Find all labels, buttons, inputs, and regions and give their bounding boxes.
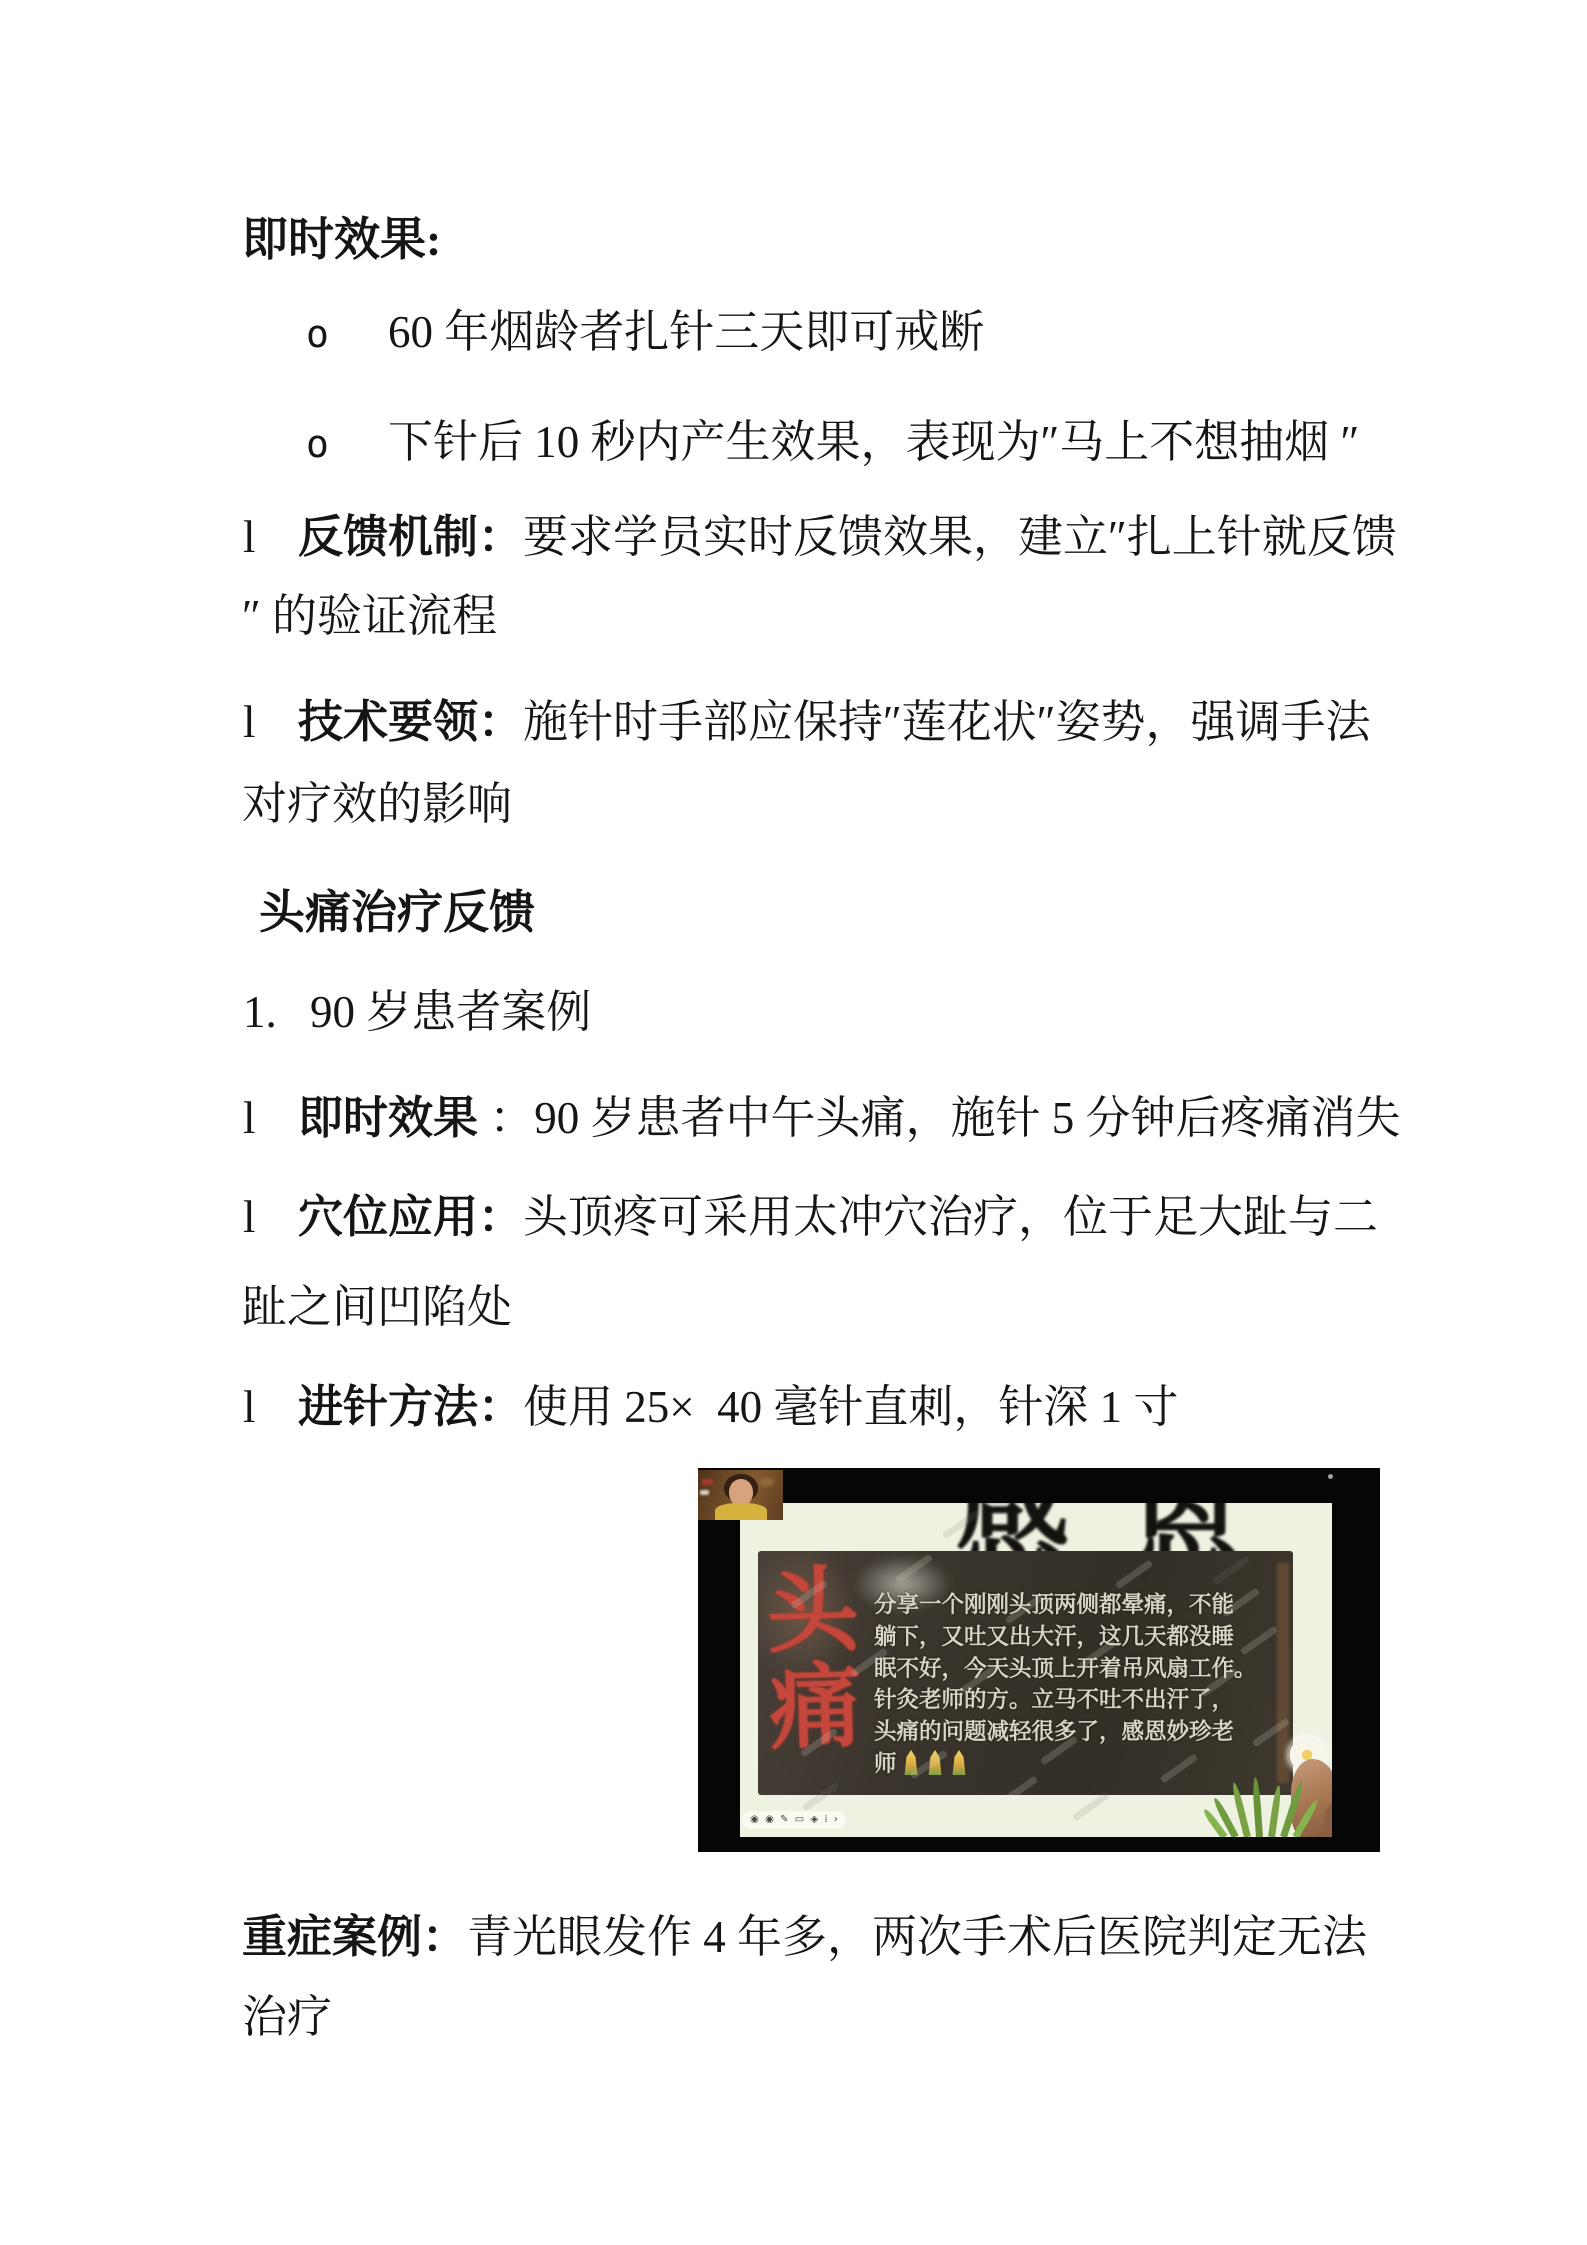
calligraphy-clip: 感恩 xyxy=(955,1503,1300,1552)
bullet-marker: l xyxy=(243,1193,298,1242)
toolbar-icon: ◉ xyxy=(750,1815,759,1825)
vertical-title-text: 头痛 xyxy=(766,1564,871,1758)
line-text: 头顶疼可采用太冲穴治疗，位于足大趾与二 xyxy=(523,1192,1378,1242)
line-text: 治疗 xyxy=(242,1992,332,2042)
toolbar-icon: ▭ xyxy=(795,1815,804,1825)
bullet-marker: l xyxy=(243,1383,298,1432)
doc-line: l反馈机制：要求学员实时反馈效果，建立″扎上针就反馈 xyxy=(243,513,1397,562)
shelf-item xyxy=(760,1478,774,1486)
praying-hands-emoji xyxy=(950,1750,969,1775)
bullet-marker: l xyxy=(243,1094,298,1143)
line-label: 进针方法： xyxy=(298,1382,523,1432)
presentation-slide: 感恩 头痛 分享一个刚刚头顶两侧都晕痛，不能躺下，又吐又出大汗，这几天都没睡眠不… xyxy=(740,1503,1332,1837)
line-text: 要求学员实时反馈效果，建立″扎上针就反馈 xyxy=(523,512,1397,562)
line-label: 穴位应用： xyxy=(298,1192,523,1242)
line-text: 施针时手部应保持″莲花状″姿势，强调手法 xyxy=(523,697,1371,747)
doc-line: 趾之间凹陷处 xyxy=(242,1283,512,1332)
line-text: 60 年烟龄者扎针三天即可戒断 xyxy=(388,307,984,357)
line-label: 技术要领： xyxy=(298,697,523,747)
line-text: ″ 的验证流程 xyxy=(242,591,497,641)
toolbar-icon: › xyxy=(834,1815,838,1825)
bullet-marker: o xyxy=(306,424,388,465)
bullet-marker: 1. xyxy=(243,988,310,1037)
toolbar-icon: ⁞ xyxy=(824,1815,827,1825)
doc-line: l技术要领：施针时手部应保持″莲花状″姿势，强调手法 xyxy=(243,698,1371,747)
doc-line: 即时效果: xyxy=(242,215,441,265)
slide-toolbar: ◉◉✎▭◈⁞› xyxy=(742,1811,846,1829)
video-call-screenshot: 感恩 头痛 分享一个刚刚头顶两侧都晕痛，不能躺下，又吐又出大汗，这几天都没睡眠不… xyxy=(698,1468,1380,1852)
chat-message-text: 分享一个刚刚头顶两侧都晕痛，不能躺下，又吐又出大汗，这几天都没睡眠不好，今天头顶… xyxy=(874,1589,1292,1780)
bullet-marker: o xyxy=(306,314,388,355)
line-label: 头痛治疗反馈 xyxy=(259,887,535,938)
doc-line: 对疗效的影响 xyxy=(242,780,512,829)
line-text: 趾之间凹陷处 xyxy=(242,1282,512,1332)
shelf-item xyxy=(700,1490,709,1495)
calligraphy-text: 感恩 xyxy=(955,1503,1300,1552)
doc-line: ″ 的验证流程 xyxy=(242,592,497,641)
line-text: 对疗效的影响 xyxy=(242,779,512,829)
doc-line: l进针方法：使用 25× 40 毫针直刺，针深 1 寸 xyxy=(243,1383,1178,1432)
line-text: 下针后 10 秒内产生效果，表现为″马上不想抽烟 ″ xyxy=(388,417,1359,467)
line-text: 90 岁患者案例 xyxy=(310,987,591,1037)
document-page: 即时效果:o60 年烟龄者扎针三天即可戒断o下针后 10 秒内产生效果，表现为″… xyxy=(0,0,1587,2245)
line-label: 重症案例： xyxy=(242,1912,467,1962)
doc-line: 1.90 岁患者案例 xyxy=(243,988,591,1037)
toolbar-icon: ✎ xyxy=(780,1815,788,1825)
bullet-marker: l xyxy=(243,698,298,747)
line-text: 使用 25× 40 毫针直刺，针深 1 寸 xyxy=(523,1382,1178,1432)
watermark xyxy=(1115,1560,1153,1590)
toolbar-icon: ◉ xyxy=(765,1815,774,1825)
watermark xyxy=(1072,1792,1110,1822)
doc-line: o下针后 10 秒内产生效果，表现为″马上不想抽烟 ″ xyxy=(306,418,1359,467)
doc-line: 头痛治疗反馈 xyxy=(259,888,535,938)
line-label: 即时效果 xyxy=(298,1093,478,1143)
shelf-item xyxy=(702,1479,713,1485)
doc-line: o60 年烟龄者扎针三天即可戒断 xyxy=(306,308,984,357)
person-face xyxy=(729,1479,753,1506)
line-label: 反馈机制： xyxy=(298,512,523,562)
line-label: 即时效果: xyxy=(242,214,441,265)
webcam-thumbnail xyxy=(698,1470,783,1520)
chat-panel: 头痛 分享一个刚刚头顶两侧都晕痛，不能躺下，又吐又出大汗，这几天都没睡眠不好，今… xyxy=(758,1551,1293,1795)
toolbar-icon: ◈ xyxy=(810,1815,818,1825)
doc-line: l穴位应用：头顶疼可采用太冲穴治疗，位于足大趾与二 xyxy=(243,1193,1378,1242)
bullet-marker: l xyxy=(243,513,298,562)
person-body xyxy=(715,1503,767,1520)
doc-line: 治疗 xyxy=(242,1993,332,2042)
doc-line: 重症案例：青光眼发作 4 年多，两次手术后医院判定无法 xyxy=(242,1913,1367,1962)
status-dot xyxy=(1328,1474,1333,1479)
line-text: ：90 岁患者中午头痛，施针 5 分钟后疼痛消失 xyxy=(478,1093,1401,1143)
doc-line: l即时效果 ：90 岁患者中午头痛，施针 5 分钟后疼痛消失 xyxy=(243,1094,1401,1143)
line-text: 青光眼发作 4 年多，两次手术后医院判定无法 xyxy=(467,1912,1367,1962)
background-strip xyxy=(1277,1563,1289,1783)
